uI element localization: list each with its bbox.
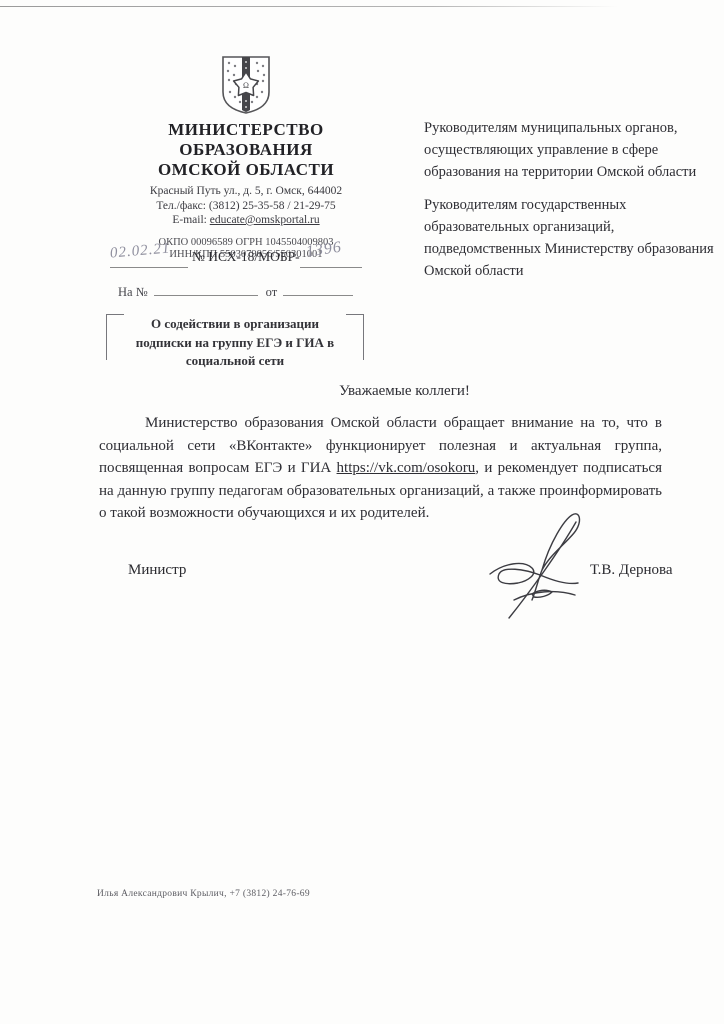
ministry-name-line-1: МИНИСТЕРСТВО — [100, 120, 392, 140]
recipient-paragraph-state: Руководителям государственных образовате… — [424, 194, 718, 282]
reference-ot-label: от — [266, 285, 278, 299]
outgoing-number-row: 02.02.21 № ИСХ-18/МОБР- 1396 — [108, 246, 388, 280]
body-paragraph: Министерство образования Омской области … — [99, 412, 662, 525]
salutation: Уважаемые коллеги! — [99, 383, 662, 400]
recipient-paragraph-municipal: Руководителям муниципальных органов, осу… — [424, 117, 718, 183]
subject-box: О содействии в организации подписки на г… — [106, 312, 364, 379]
recipients-block: Руководителям муниципальных органов, осу… — [424, 117, 718, 282]
number-underline — [300, 267, 362, 268]
ministry-name-line-2: ОБРАЗОВАНИЯ — [100, 140, 392, 160]
omsk-region-coat-of-arms-icon: Ω — [220, 54, 272, 116]
handwritten-outgoing-number: 1396 — [305, 239, 343, 262]
phone-line: Тел./факс: (3812) 25-35-58 / 21-29-75 — [100, 199, 392, 214]
reference-date-blank — [283, 283, 353, 296]
date-underline — [110, 267, 188, 268]
email-line: E-mail: educate@omskportal.ru — [100, 213, 392, 228]
email-label: E-mail: — [172, 214, 209, 226]
minister-title: Министр — [128, 562, 186, 579]
ministry-name-line-3: ОМСКОЙ ОБЛАСТИ — [100, 160, 392, 180]
scan-artifact-line — [0, 6, 618, 7]
reference-number-blank — [154, 283, 258, 296]
signature-icon — [478, 510, 606, 622]
outgoing-number-label: № ИСХ-18/МОБР- — [192, 249, 300, 265]
reference-na-label: На № — [118, 285, 148, 299]
reference-row: На №от — [118, 283, 378, 300]
letterhead: Ω МИНИСТЕРСТВО ОБРАЗОВАНИЯ ОМСКОЙ ОБЛАСТ… — [100, 54, 392, 262]
scanned-letter-page: Ω МИНИСТЕРСТВО ОБРАЗОВАНИЯ ОМСКОЙ ОБЛАСТ… — [0, 0, 724, 1024]
vk-group-link: https://vk.com/osokoru — [337, 460, 476, 476]
executor-contact: Илья Александрович Крылич, +7 (3812) 24-… — [97, 889, 310, 899]
email-address: educate@omskportal.ru — [210, 214, 320, 226]
signer-name: Т.В. Дернова — [590, 562, 673, 579]
svg-text:Ω: Ω — [243, 81, 249, 90]
address-line: Красный Путь ул., д. 5, г. Омск, 644002 — [100, 184, 392, 199]
letterhead-contacts: Красный Путь ул., д. 5, г. Омск, 644002 … — [100, 184, 392, 228]
subject-text: О содействии в организации подписки на г… — [136, 316, 334, 368]
